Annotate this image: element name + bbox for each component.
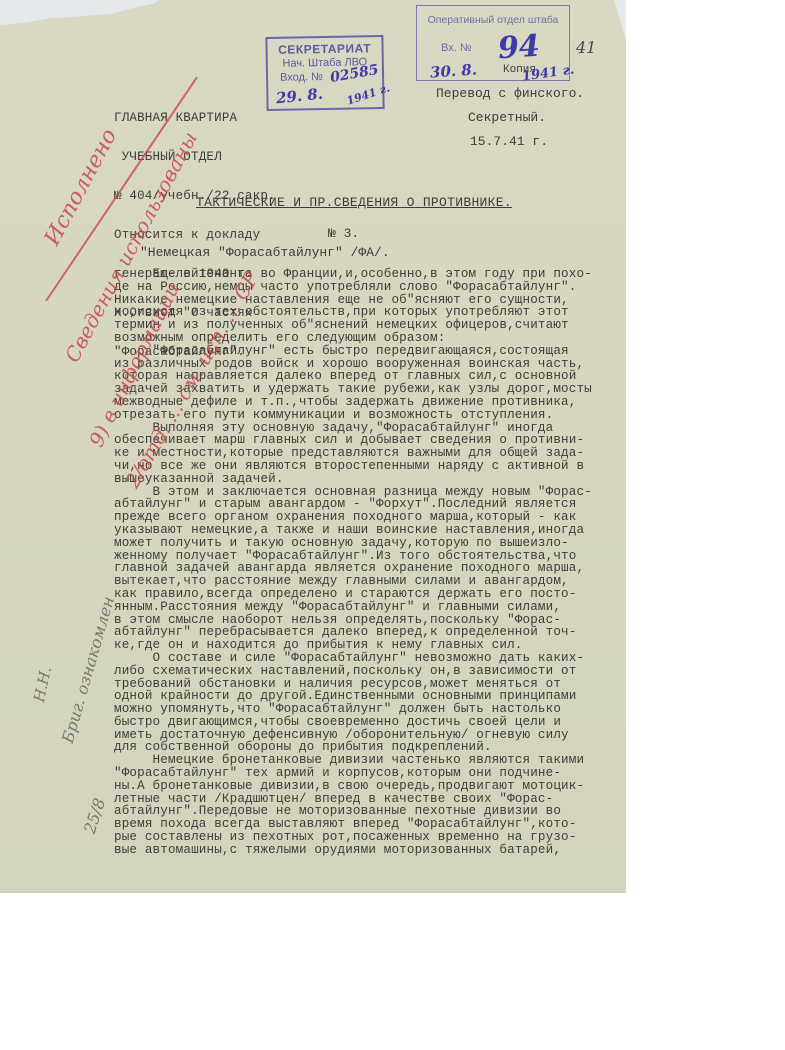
classification-label: Секретный.: [468, 110, 546, 125]
body-line: "Форасабтайлунг" тех армий и корпусов,ко…: [114, 767, 626, 780]
pencil-initials: Н.Н.: [30, 665, 55, 704]
stamp-line-1: СЕКРЕТАРИАТ: [267, 41, 381, 57]
handwritten-page-number: 41: [576, 38, 596, 57]
body-line: отрезать его пути коммуникации и возможн…: [114, 409, 626, 422]
body-line: чи,но все же они являются второстепенным…: [114, 460, 626, 473]
body-line: может получить и такую основную задачу,к…: [114, 537, 626, 550]
body-line: янным.Расстояния между "Форасабтайлунг" …: [114, 601, 626, 614]
body-line: О составе и силе "Форасабтайлунг" невозм…: [114, 652, 626, 665]
body-line: ке,где он и находится до прибытия к нему…: [114, 639, 626, 652]
body-line: вые автомашины,с тяжелыми орудиями мотор…: [114, 844, 626, 857]
body-line: можно упомянуть,что "Форасабтайлунг" дол…: [114, 703, 626, 716]
body-line: как правило,всегда определено и стараютс…: [114, 588, 626, 601]
document-subtitle: "Немецкая "Форасабтайлунг" /ФА/.: [140, 245, 390, 260]
pencil-acknowledged-note: Бриг. ознакомлен: [58, 594, 118, 745]
translation-note: Перевод с финского.: [436, 86, 584, 101]
body-line: вытекает,что расстояние между главными с…: [114, 575, 626, 588]
body-line: Еще в 1940 г. во Франции,и,особенно,в эт…: [114, 268, 626, 281]
torn-paper-edge: [0, 0, 160, 46]
torn-paper-edge-right: [614, 0, 626, 40]
document-number: № 3.: [328, 226, 359, 241]
body-line: либо схематических наставлений,поскольку…: [114, 665, 626, 678]
body-line: указывают немецкие,а также и наши воинск…: [114, 524, 626, 537]
body-line: де на Россию,немцы часто употребляли сло…: [114, 281, 626, 294]
body-line: ны.А бронетанковые дивизии,в свою очеред…: [114, 780, 626, 793]
body-line: рые составлены из пехотных рот,посаженны…: [114, 831, 626, 844]
body-line: вышеуказанной задачей.: [114, 473, 626, 486]
body-line: быстро двигающимся,чтобы своевременно до…: [114, 716, 626, 729]
document-date: 15.7.41 г.: [470, 134, 548, 149]
scanned-document-page: СЕКРЕТАРИАТ Нач. Штаба ЛВО Вход. № 02585…: [0, 0, 626, 893]
incoming-number-handwritten: 94: [497, 29, 541, 67]
document-title: ТАКТИЧЕСКИЕ И ПР.СВЕДЕНИЯ О ПРОТИВНИКЕ.: [196, 195, 512, 210]
annotation-executed: Исполнено: [40, 125, 122, 250]
pencil-date-note: 25/8: [80, 796, 109, 836]
body-line: возможным определить его следующим образ…: [114, 332, 626, 345]
incoming-date-handwritten: 30. 8.: [429, 60, 477, 81]
stamp-ops-line-1: Оперативный отдел штаба: [417, 14, 569, 26]
header-line: ГЛАВНАЯ КВАРТИРА: [114, 112, 276, 125]
